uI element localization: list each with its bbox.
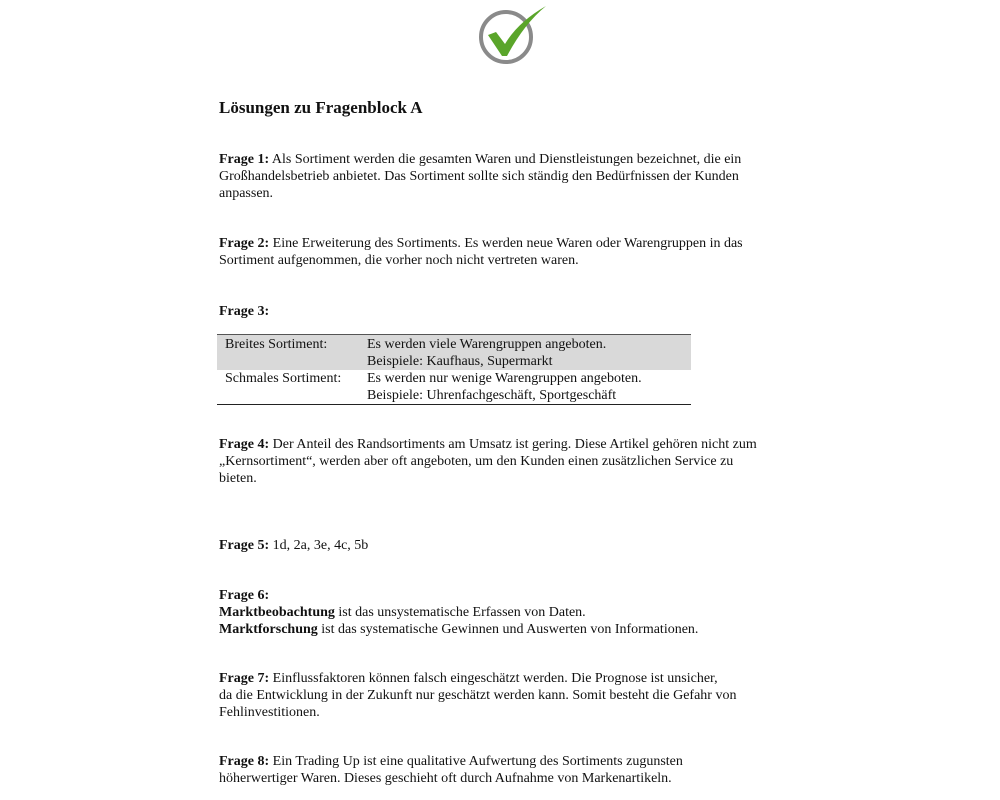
answer-text: Sortiment aufgenommen, die vorher noch n…	[219, 252, 799, 269]
question-label: Frage 7:	[219, 671, 269, 686]
answer-text: 1d, 2a, 3e, 4c, 5b	[269, 538, 368, 553]
question-6: Frage 6: Marktbeobachtung ist das unsyst…	[219, 587, 799, 638]
answer-text: Großhandelsbetrieb anbietet. Das Sortime…	[219, 168, 799, 185]
example-text: Beispiele: Uhrenfachgeschäft, Sportgesch…	[367, 387, 691, 404]
question-label: Frage 4:	[219, 437, 269, 452]
table-row: Breites Sortiment: Es werden viele Waren…	[217, 335, 691, 371]
answer-text: Der Anteil des Randsortiments am Umsatz …	[269, 437, 757, 452]
question-label: Frage 8:	[219, 754, 269, 769]
check-circle-icon	[474, 4, 548, 66]
answer-text: ist das systematische Gewinnen und Auswe…	[318, 622, 699, 637]
sortiment-table: Breites Sortiment: Es werden viele Waren…	[217, 334, 691, 405]
description-text: Es werden nur wenige Warengruppen angebo…	[367, 370, 691, 387]
answer-text: Einflussfaktoren können falsch eingeschä…	[269, 671, 717, 686]
answer-text: höherwertiger Waren. Dieses geschieht of…	[219, 770, 799, 787]
answer-text: bieten.	[219, 470, 799, 487]
answer-text: Ein Trading Up ist eine qualitative Aufw…	[269, 754, 683, 769]
table-cell-description: Es werden viele Warengruppen angeboten. …	[367, 335, 691, 371]
answer-text: Eine Erweiterung des Sortiments. Es werd…	[269, 236, 742, 251]
question-3: Frage 3:	[219, 303, 799, 320]
question-1: Frage 1: Als Sortiment werden die gesamt…	[219, 151, 799, 202]
question-8: Frage 8: Ein Trading Up ist eine qualita…	[219, 753, 799, 787]
answer-text: „Kernsortiment“, werden aber oft angebot…	[219, 453, 799, 470]
table-cell-term: Breites Sortiment:	[217, 335, 367, 371]
question-2: Frage 2: Eine Erweiterung des Sortiments…	[219, 235, 799, 269]
table-cell-description: Es werden nur wenige Warengruppen angebo…	[367, 370, 691, 405]
question-5: Frage 5: 1d, 2a, 3e, 4c, 5b	[219, 537, 799, 554]
question-7: Frage 7: Einflussfaktoren können falsch …	[219, 670, 799, 721]
answer-text: ist das unsystematische Erfassen von Dat…	[335, 605, 586, 620]
table-cell-term: Schmales Sortiment:	[217, 370, 367, 405]
answer-text: Fehlinvestitionen.	[219, 704, 799, 721]
page-title: Lösungen zu Fragenblock A	[219, 98, 423, 118]
question-4: Frage 4: Der Anteil des Randsortiments a…	[219, 436, 799, 487]
question-label: Frage 1:	[219, 152, 269, 167]
question-label: Frage 6:	[219, 587, 799, 604]
answer-text: da die Entwicklung in der Zukunft nur ge…	[219, 687, 799, 704]
term-marktbeobachtung: Marktbeobachtung	[219, 605, 335, 620]
question-label: Frage 5:	[219, 538, 269, 553]
answer-text: Als Sortiment werden die gesamten Waren …	[269, 152, 741, 167]
question-label: Frage 3:	[219, 303, 799, 320]
table-row: Schmales Sortiment: Es werden nur wenige…	[217, 370, 691, 405]
description-text: Es werden viele Warengruppen angeboten.	[367, 336, 691, 353]
question-label: Frage 2:	[219, 236, 269, 251]
answer-text: anpassen.	[219, 185, 799, 202]
term-marktforschung: Marktforschung	[219, 622, 318, 637]
example-text: Beispiele: Kaufhaus, Supermarkt	[367, 353, 691, 370]
